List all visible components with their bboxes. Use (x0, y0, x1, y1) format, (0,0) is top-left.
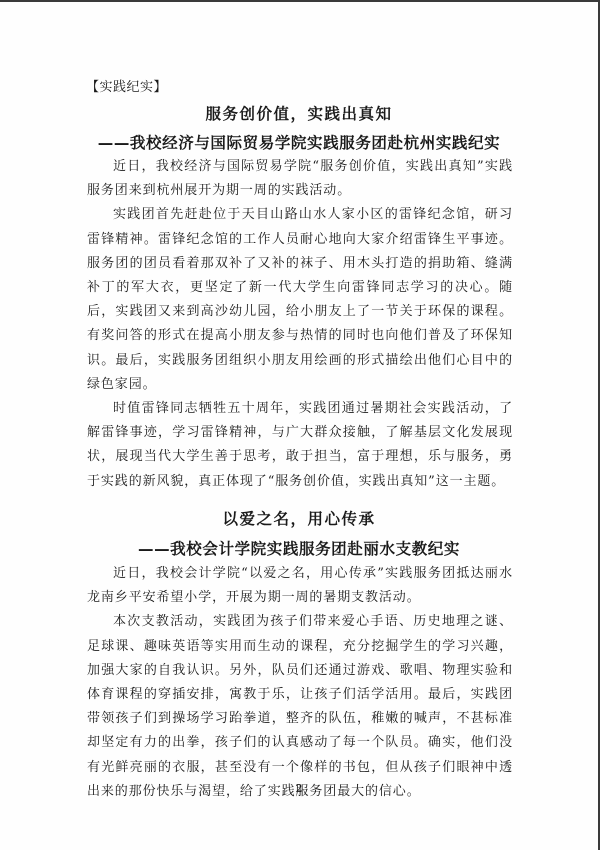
article-1-paragraph-1: 近日，我校经济与国际贸易学院“服务创价值，实践出真知”实践服务团来到杭州展开为期… (87, 155, 513, 203)
article-1-body: 近日，我校经济与国际贸易学院“服务创价值，实践出真知”实践服务团来到杭州展开为期… (87, 155, 513, 494)
article-1-subtitle: ——我校经济与国际贸易学院实践服务团赴杭州实践纪实 (0, 133, 598, 153)
article-2-subtitle: ——我校会计学院实践服务团赴丽水支教纪实 (0, 539, 598, 559)
article-2-body: 近日，我校会计学院“以爱之名，用心传承”实践服务团抵达丽水龙南乡平安希望小学，开… (87, 562, 513, 804)
article-2-paragraph-2: 本次支教活动，实践团为孩子们带来爱心手语、历史地理之谜、足球课、趣味英语等实用而… (87, 610, 513, 804)
article-1-title: 服务创价值，实践出真知 (0, 104, 598, 124)
article-1-paragraph-3: 时值雷锋同志牺牲五十周年，实践团通过暑期社会实践活动，了解雷锋事迹，学习雷锋精神… (87, 397, 513, 494)
article-1-paragraph-2: 实践团首先赶赴位于天目山路山水人家小区的雷锋纪念馆，研习雷锋精神。雷锋纪念馆的工… (87, 203, 513, 397)
page-number: 2 (0, 782, 598, 796)
section-tag: 【实践纪实】 (86, 80, 167, 96)
document-page: 【实践纪实】 服务创价值，实践出真知 ——我校经济与国际贸易学院实践服务团赴杭州… (0, 0, 600, 850)
article-2-title: 以爱之名，用心传承 (0, 509, 598, 529)
article-2-paragraph-1: 近日，我校会计学院“以爱之名，用心传承”实践服务团抵达丽水龙南乡平安希望小学，开… (87, 562, 513, 610)
